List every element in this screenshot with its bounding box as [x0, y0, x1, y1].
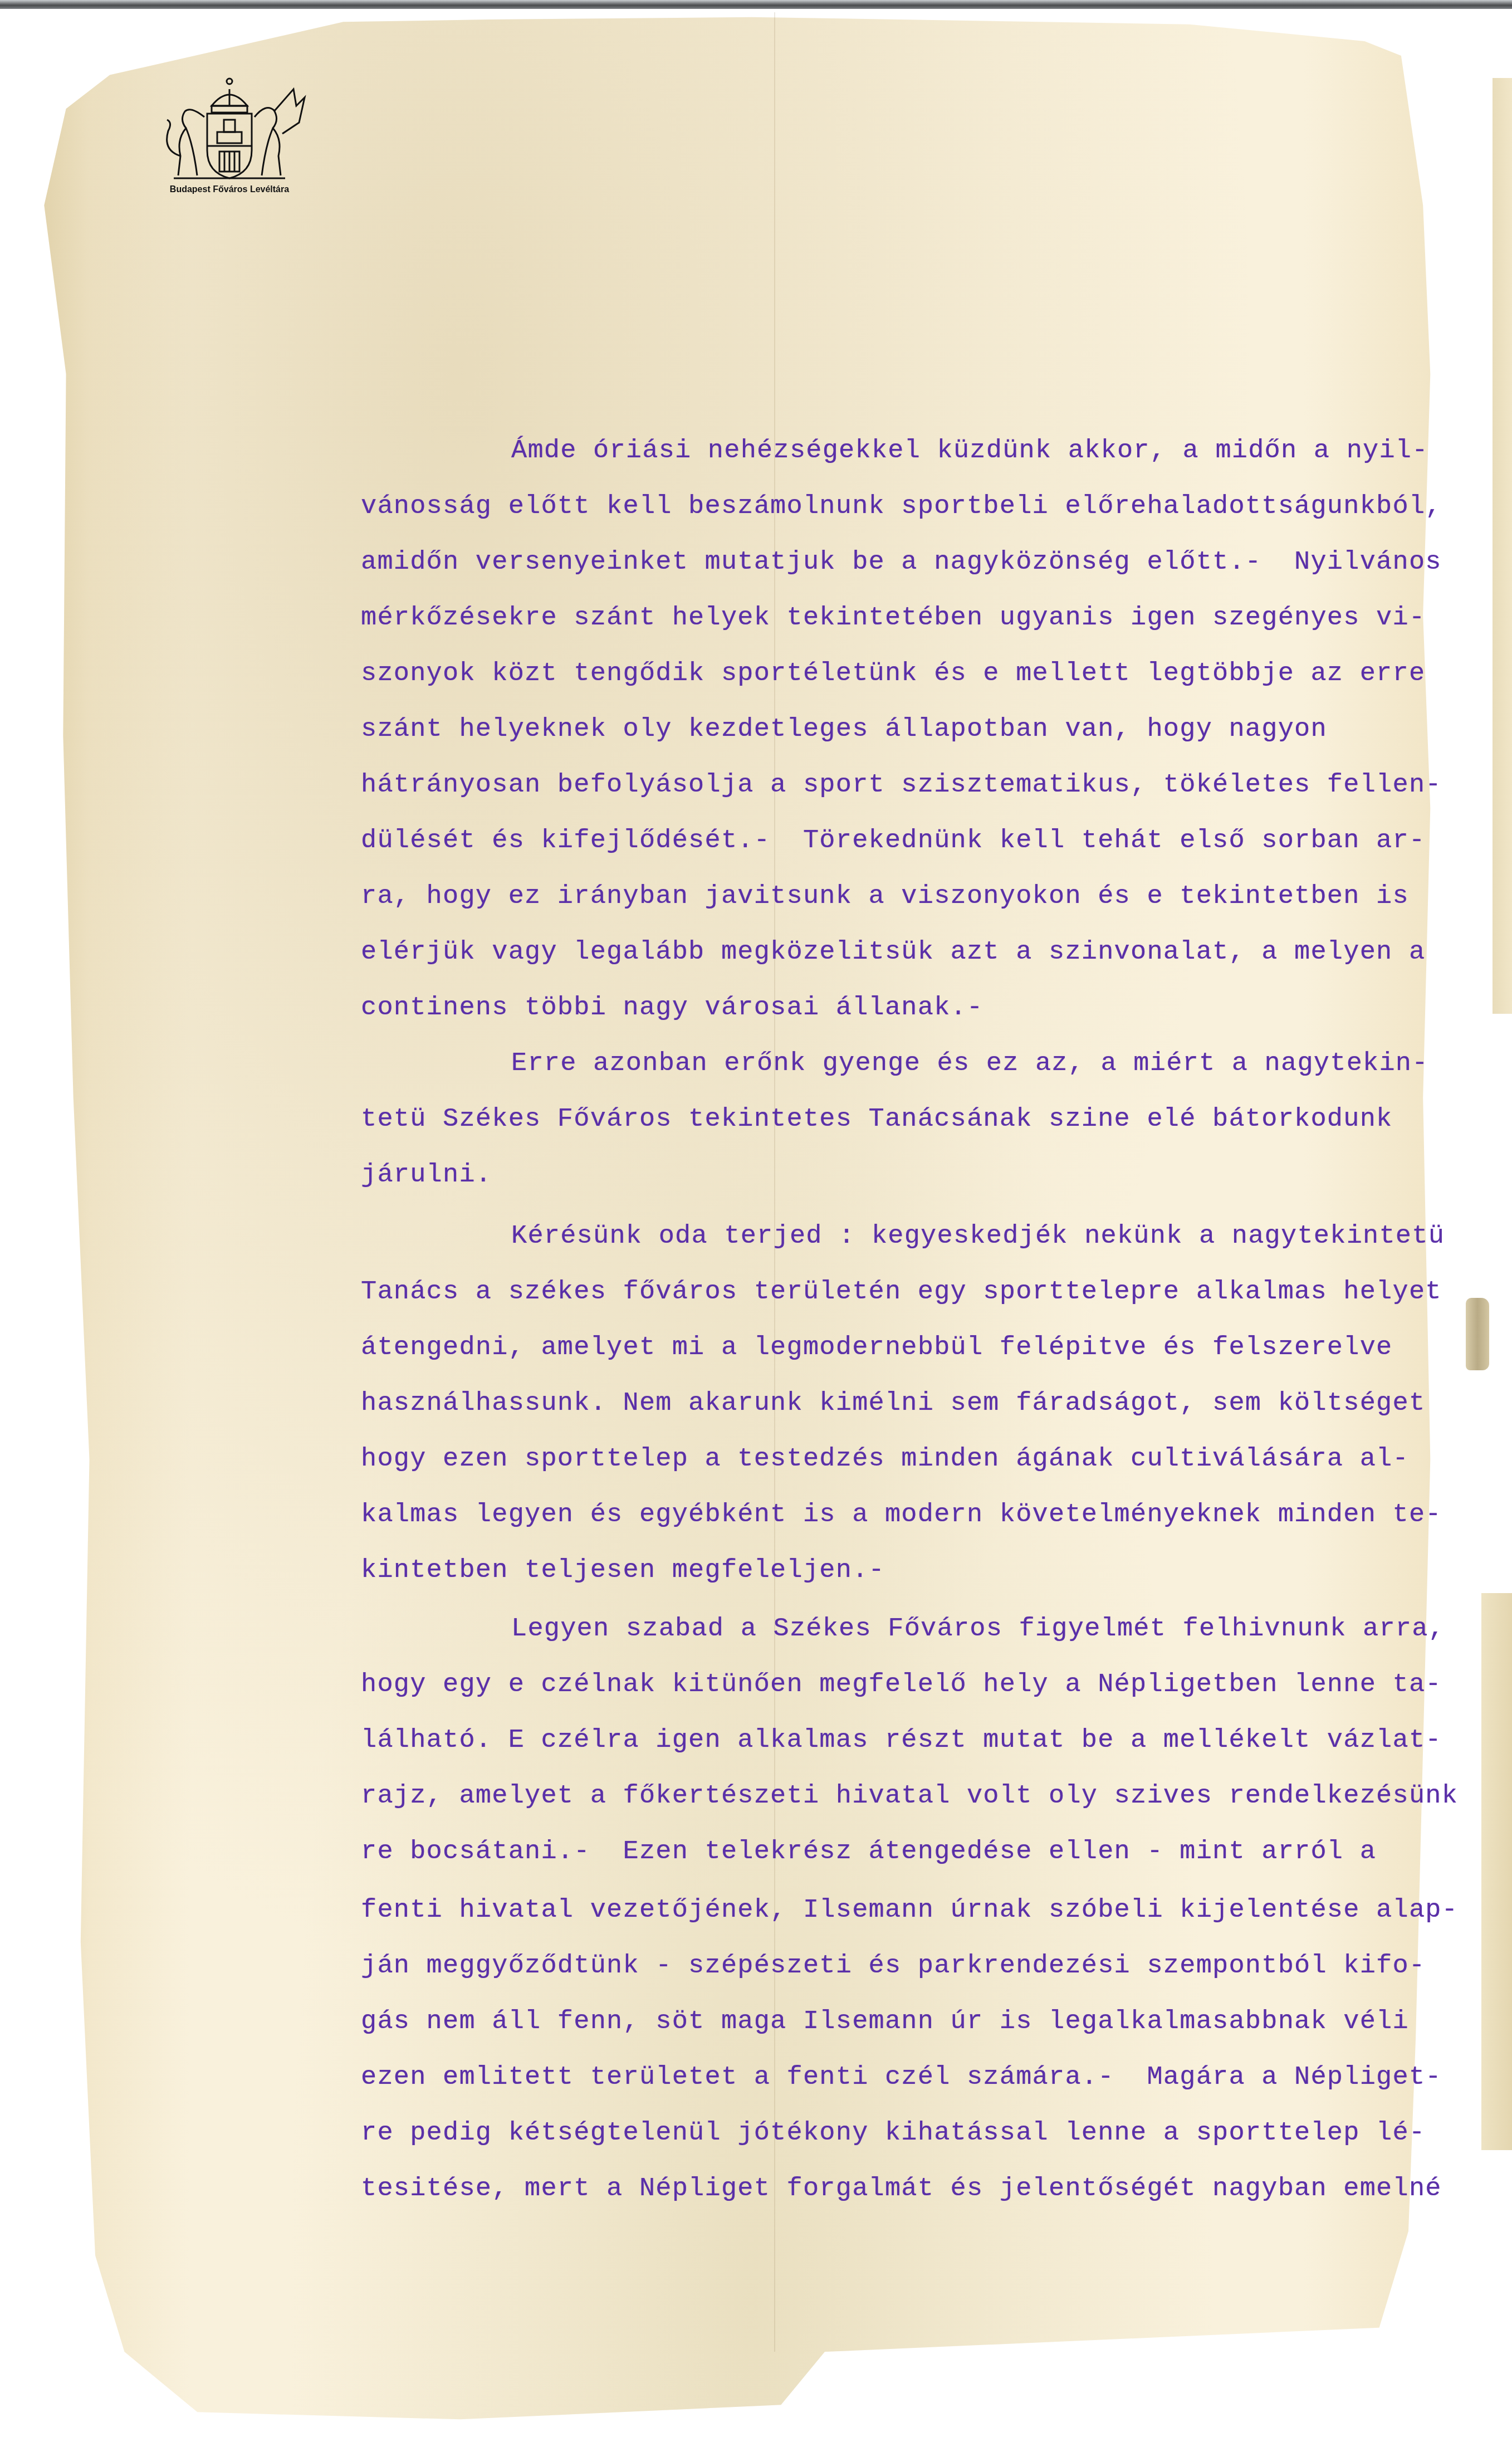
text-line: Legyen szabad a Székes Főváros figyelmét… — [361, 1613, 1445, 1646]
text-line: hátrányosan befolyásolja a sport sziszte… — [361, 769, 1442, 802]
coat-of-arms-icon — [146, 67, 313, 184]
text-line: szánt helyeknek oly kezdetleges állapotb… — [361, 713, 1327, 746]
text-line: elérjük vagy legalább megközelitsük azt … — [361, 936, 1425, 969]
text-line: continens többi nagy városai állanak.- — [361, 992, 983, 1025]
text-line: ra, hogy ez irányban javitsunk a viszony… — [361, 880, 1409, 914]
adjacent-page-edge-lower — [1481, 1593, 1512, 2150]
text-line: átengedni, amelyet mi a legmodernebbül f… — [361, 1331, 1393, 1365]
text-line: Ámde óriási nehézségekkel küzdünk akkor,… — [361, 434, 1428, 468]
torn-paper-tab — [1466, 1298, 1489, 1370]
text-line: kalmas legyen és egyébként is a modern k… — [361, 1498, 1442, 1532]
text-line: ezen emlitett területet a fenti czél szá… — [361, 2061, 1442, 2094]
text-line: Kérésünk oda terjed : kegyeskedjék nekün… — [361, 1220, 1445, 1253]
text-line: gás nem áll fenn, söt maga Ilsemann úr i… — [361, 2005, 1409, 2039]
text-line: mérkőzésekre szánt helyek tekintetében u… — [361, 602, 1425, 635]
text-line: amidőn versenyeinket mutatjuk be a nagyk… — [361, 546, 1442, 579]
archive-stamp-label: Budapest Főváros Levéltára — [146, 185, 313, 195]
text-line: tesitése, mert a Népliget forgalmát és j… — [361, 2172, 1442, 2206]
text-line: rajz, amelyet a főkertészeti hivatal vol… — [361, 1780, 1458, 1813]
scanner-edge — [0, 0, 1512, 9]
text-line: tetü Székes Főváros tekintetes Tanácsána… — [361, 1103, 1393, 1136]
text-line: hogy ezen sporttelep a testedzés minden … — [361, 1443, 1409, 1476]
text-line: használhassunk. Nem akarunk kimélni sem … — [361, 1387, 1425, 1420]
text-line: kintetben teljesen megfeleljen.- — [361, 1554, 885, 1588]
text-line: járulni. — [361, 1159, 492, 1192]
text-line: re bocsátani.- Ezen telekrész átengedése… — [361, 1835, 1376, 1869]
adjacent-page-edge — [1493, 78, 1512, 1014]
text-line: lálható. E czélra igen alkalmas részt mu… — [361, 1724, 1442, 1757]
archive-stamp: Budapest Főváros Levéltára — [146, 67, 313, 201]
text-line: szonyok közt tengődik sportéletünk és e … — [361, 657, 1425, 691]
text-line: Tanács a székes főváros területén egy sp… — [361, 1276, 1442, 1309]
text-line: fenti hivatal vezetőjének, Ilsemann úrna… — [361, 1894, 1458, 1927]
text-line: hogy egy e czélnak kitünően megfelelő he… — [361, 1668, 1442, 1702]
text-line: ján meggyőződtünk - szépészeti és parkre… — [361, 1950, 1425, 1983]
text-line: dülését és kifejlődését.- Törekednünk ke… — [361, 824, 1425, 858]
text-line: vánosság előtt kell beszámolnunk sportbe… — [361, 490, 1442, 524]
paper-crease — [774, 12, 775, 2352]
text-line: Erre azonban erőnk gyenge és ez az, a mi… — [361, 1047, 1428, 1081]
text-line: re pedig kétségtelenül jótékony kihatáss… — [361, 2117, 1425, 2150]
